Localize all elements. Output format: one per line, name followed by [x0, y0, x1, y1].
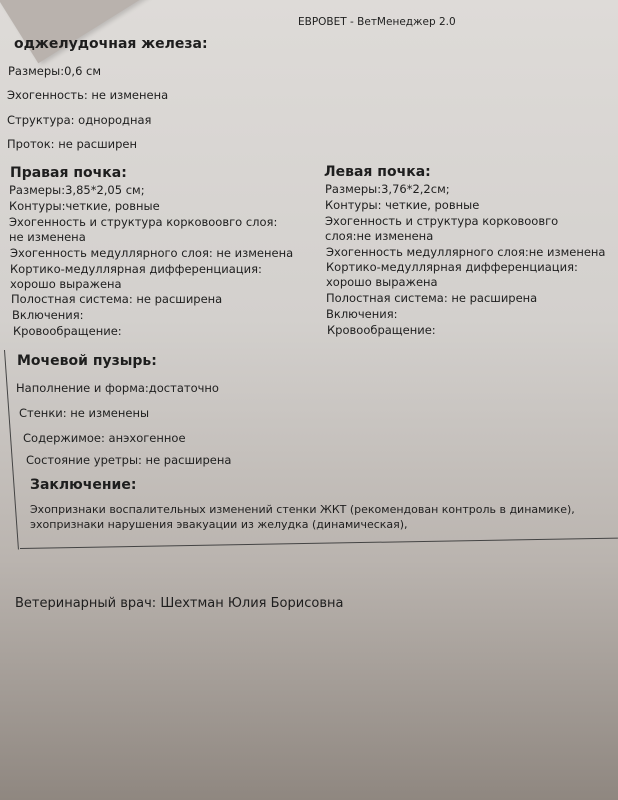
folded-corner: [0, 0, 284, 63]
pancreas-size: Размеры:0,6 см: [8, 64, 101, 78]
left-kidney-medulla: Эхогенность медуллярного слоя:не изменен…: [326, 245, 605, 259]
right-kidney-blood-flow: Кровообращение:: [13, 324, 122, 338]
bladder-contents: Содержимое: анэхогенное: [23, 431, 186, 445]
left-kidney-blood-flow: Кровообращение:: [327, 323, 436, 337]
pancreas-structure: Структура: однородная: [7, 113, 151, 127]
header-title: ЕВРОВЕТ - ВетМенеджер 2.0: [298, 16, 456, 28]
left-kidney-differentiation: Кортико-медуллярная дифференциация: хоро…: [326, 260, 611, 290]
right-kidney-inclusions: Включения:: [12, 308, 84, 322]
right-kidney-contours: Контуры:четкие, ровные: [9, 199, 160, 213]
left-kidney-collecting-system: Полостная система: не расширена: [326, 291, 537, 305]
pancreas-heading: оджелудочная железа:: [14, 36, 208, 52]
conclusion-box-bottom-border: [20, 538, 618, 549]
left-kidney-size: Размеры:3,76*2,2см;: [325, 182, 450, 196]
right-kidney-heading: Правая почка:: [10, 165, 127, 181]
left-kidney-inclusions: Включения:: [326, 307, 398, 321]
right-kidney-collecting-system: Полостная система: не расширена: [11, 292, 222, 306]
bladder-heading: Мочевой пузырь:: [17, 353, 157, 369]
conclusion-box-left-border: [4, 350, 19, 550]
conclusion-heading: Заключение:: [30, 477, 136, 493]
bladder-walls: Стенки: не изменены: [19, 406, 149, 420]
right-kidney-cortex: Эхогенность и структура корковоовго слоя…: [9, 215, 289, 245]
pancreas-echogenicity: Эхогенность: не изменена: [7, 88, 168, 102]
report-page: ЕВРОВЕТ - ВетМенеджер 2.0 оджелудочная ж…: [0, 0, 618, 800]
veterinarian-signature: Ветеринарный врач: Шехтман Юлия Борисовн…: [15, 596, 343, 611]
bladder-filling: Наполнение и форма:достаточно: [16, 381, 219, 395]
right-kidney-medulla: Эхогенность медуллярного слоя: не измене…: [10, 246, 293, 260]
left-kidney-contours: Контуры: четкие, ровные: [325, 198, 479, 212]
pancreas-duct: Проток: не расширен: [7, 137, 137, 151]
left-kidney-cortex: Эхогенность и структура корковоовго слоя…: [325, 214, 600, 244]
right-kidney-differentiation: Кортико-медуллярная дифференциация: хоро…: [10, 262, 300, 292]
conclusion-text: Эхопризнаки воспалительных изменений сте…: [30, 502, 610, 532]
left-kidney-heading: Левая почка:: [324, 164, 431, 180]
right-kidney-size: Размеры:3,85*2,05 см;: [9, 183, 145, 197]
bladder-urethra: Состояние уретры: не расширена: [26, 453, 231, 467]
